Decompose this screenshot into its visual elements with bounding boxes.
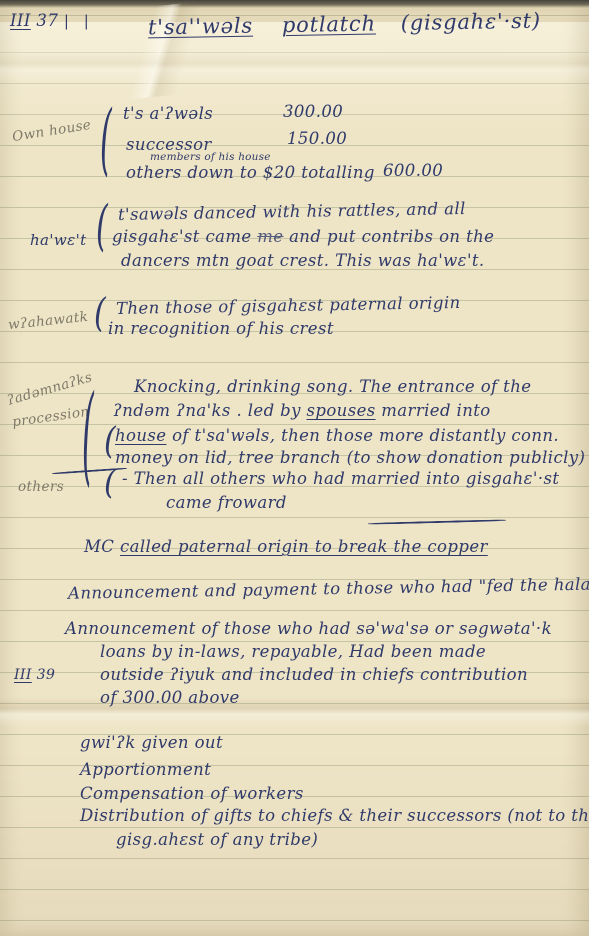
wahawatk-line-1: Then those of gisgahεst paternal origin [116, 294, 461, 318]
own-house-amount-1: 300.00 [283, 103, 343, 121]
procession-line-3: house of t'sa'wəls, then those more dist… [115, 427, 559, 445]
procession-line-3-post: of t'sa'wəls, then those more distantly … [166, 426, 559, 445]
procession-line-1: Knocking, drinking song. The entrance of… [134, 378, 531, 396]
others-line-1: - Then all others who had married into g… [122, 470, 559, 488]
procession-line-2: ʔndəm ʔna'ks . led by spouses married in… [113, 402, 491, 420]
mc-line: MC called paternal origin to break the c… [84, 538, 488, 556]
margin-label-procession: procession [11, 405, 90, 431]
hawet-line-2-struck-word: me [257, 227, 283, 246]
own-house-amount-2: 150.00 [287, 130, 347, 148]
closing-line-2: Apportionment [80, 761, 211, 779]
closing-line-1: gwi'ʔk given out [80, 734, 223, 752]
margin-label-others: others [18, 480, 64, 495]
title-parenthetical: (gisgahε'·st) [401, 9, 542, 35]
margin-label-hawet: ha'wε't [30, 232, 87, 249]
corner-ref-book: III [10, 11, 31, 30]
corner-reference: III 37 | | [10, 12, 94, 30]
wahawatk-line-2: in recognition of his crest [108, 320, 334, 338]
title-word-tsawals: t'sa''wəls [148, 14, 253, 40]
procession-line-2-underlined: spouses [307, 401, 376, 420]
paper-fold-crease [0, 697, 589, 727]
margin-label-own-house: Own house [11, 118, 92, 145]
section-bracket-hawet: ( [96, 201, 108, 255]
page-title: t'sa''wəls potlatch (gisgahε'·st) [148, 10, 541, 40]
margin-ref-page: 39 [37, 667, 56, 683]
title-word-potlatch: potlatch [282, 11, 376, 37]
section-bracket-procession-tall: ( [82, 385, 94, 493]
hawet-line-2: gisgahε'st came me and put contribs on t… [112, 228, 494, 246]
paper-crease-top [0, 52, 589, 82]
hawet-line-3: dancers mtn goat crest. This was ha'wε't… [121, 252, 485, 270]
own-house-item-3: others down to $20 totalling [126, 164, 375, 182]
margin-label-wahawatk: wʔahawatk [7, 310, 89, 333]
corner-ref-page: 37 [36, 11, 58, 30]
notebook-page: III 37 | | t'sa''wəls potlatch (gisgahε'… [0, 0, 589, 936]
hawet-line-1: t'sawəls danced with his rattles, and al… [118, 200, 466, 224]
section-bracket-own-house: ( [100, 103, 112, 181]
margin-label-adamnaks: ʔadəmnaʔks [6, 370, 95, 408]
closing-line-3: Compensation of workers [80, 785, 304, 803]
own-house-amount-3: 600.00 [383, 162, 443, 180]
procession-line-2-pre: ʔndəm ʔna'ks . led by [113, 401, 307, 420]
announcement2-line-1: Announcement of those who had sə'wa'sə o… [65, 620, 552, 638]
own-house-item-1: t's a'ʔwəls [123, 105, 213, 123]
section-bracket-others: ( [104, 467, 116, 500]
procession-line-3-underlined: house [115, 426, 166, 445]
mc-line-pre: MC [84, 537, 120, 556]
announcement2-line-3: outside ʔiyuk and included in chiefs con… [100, 666, 528, 684]
announcement-payment-line: Announcement and payment to those who ha… [68, 575, 589, 603]
hawet-line-2-post: and put contribs on the [283, 227, 494, 246]
own-house-inserted-note: members of his house [150, 152, 271, 164]
announcement2-line-2: loans by in-laws, repayable, Had been ma… [100, 643, 486, 661]
announcement2-line-4: of 300.00 above [100, 689, 240, 707]
others-line-2: came froward [166, 494, 287, 512]
procession-line-2-post: married into [376, 401, 491, 420]
procession-line-4: money on lid, tree branch (to show donat… [115, 449, 585, 467]
section-bracket-procession-inner: ( [104, 424, 116, 460]
mc-line-underlined: called paternal origin to break the copp… [120, 537, 488, 556]
margin-ref-book: III [14, 667, 32, 683]
hawet-line-2-pre: gisgahε'st came [112, 227, 257, 246]
corner-tick-marks: | | [64, 12, 94, 30]
margin-reference-39: III 39 [14, 668, 55, 683]
closing-line-5: gisg.ahεst of any tribe) [116, 831, 318, 849]
closing-line-4: Distribution of gifts to chiefs & their … [80, 807, 589, 825]
section-bracket-wahawatk: ( [94, 295, 106, 334]
torn-paper-edge [0, 0, 589, 8]
long-dash-stroke [368, 519, 506, 525]
